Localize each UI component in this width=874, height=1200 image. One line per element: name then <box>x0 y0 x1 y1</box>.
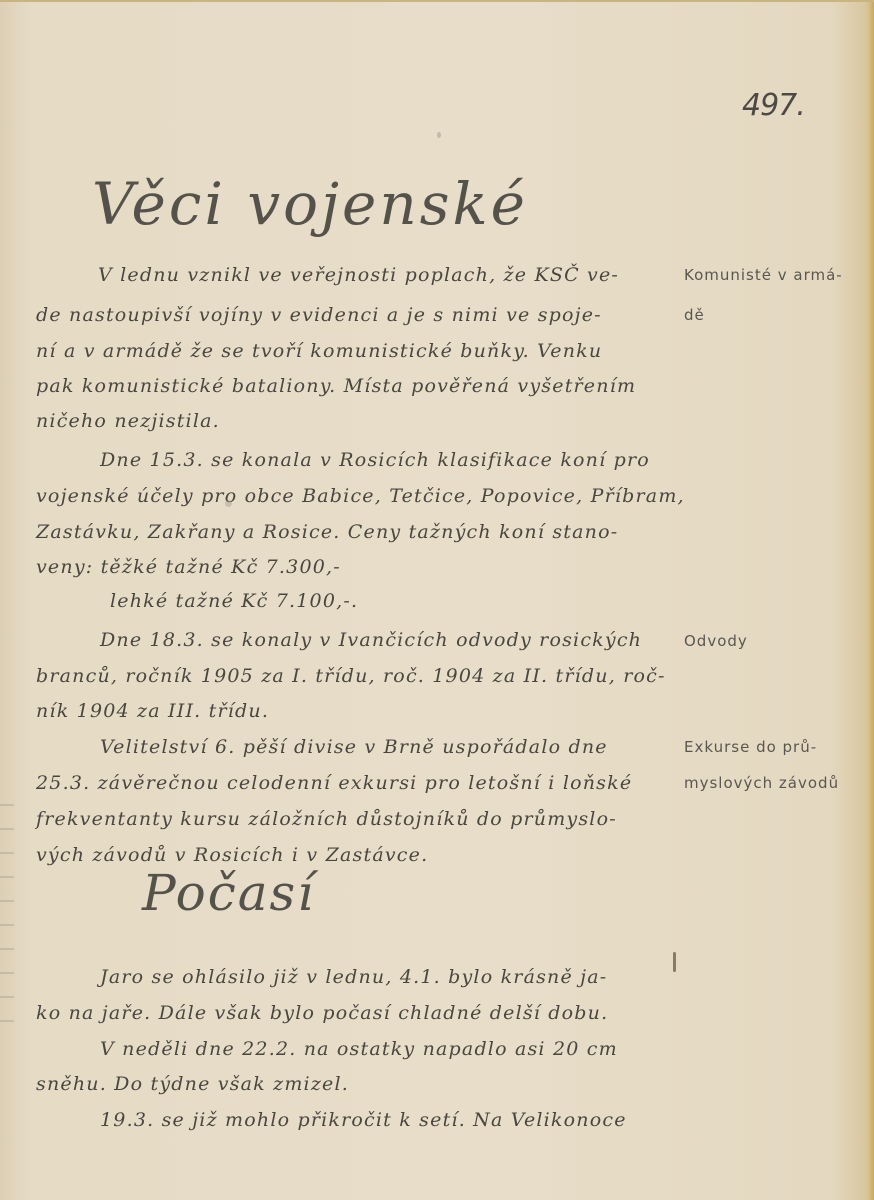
text-line: ník 1904 za III. třídu. <box>36 700 269 722</box>
page-edge <box>868 2 874 1200</box>
page-number: 497. <box>742 88 805 123</box>
paper-blemish <box>673 952 676 972</box>
text-line: pak komunistické bataliony. Místa pověře… <box>36 375 636 397</box>
adjacent-page-bleed <box>0 782 14 1042</box>
margin-note-conscription: Odvody <box>684 632 748 650</box>
text-line: frekventanty kursu záložních důstojníků … <box>36 808 617 830</box>
text-line: ní a v armádě že se tvoří komunistické b… <box>36 340 602 362</box>
chronicle-page: 497. Věci vojenské V lednu vznikl ve veř… <box>0 0 874 1200</box>
section-title-military: Věci vojenské <box>92 170 528 238</box>
text-line: ko na jaře. Dále však bylo počasí chladn… <box>36 1002 608 1024</box>
text-line: Velitelství 6. pěší divise v Brně uspořá… <box>100 736 608 758</box>
text-line: de nastoupivší vojíny v evidenci a je s … <box>36 304 602 326</box>
margin-note-excursion: Exkurse do prů- <box>684 738 817 756</box>
text-line: sněhu. Do týdne však zmizel. <box>36 1073 349 1095</box>
text-line: Jaro se ohlásilo již v lednu, 4.1. bylo … <box>100 966 607 988</box>
margin-note-communists: Komunisté v armá- <box>684 266 843 284</box>
text-line: 25.3. závěrečnou celodenní exkursi pro l… <box>36 772 632 794</box>
text-line: V neděli dne 22.2. na ostatky napadlo as… <box>100 1038 618 1060</box>
text-line: vých závodů v Rosicích i v Zastávce. <box>36 844 428 866</box>
text-line: Dne 18.3. se konaly v Ivančicích odvody … <box>100 629 642 651</box>
margin-note-excursion-cont: myslových závodů <box>684 774 839 792</box>
text-line: branců, ročník 1905 za I. třídu, roč. 19… <box>36 665 666 687</box>
text-line: vojenské účely pro obce Babice, Tetčice,… <box>36 485 685 507</box>
paper-blemish <box>225 500 232 507</box>
text-line: 19.3. se již mohlo přikročit k setí. Na … <box>100 1109 627 1131</box>
text-line: ničeho nezjistila. <box>36 410 220 432</box>
section-title-weather: Počasí <box>142 864 315 922</box>
margin-note-communists-cont: dě <box>684 306 705 324</box>
paper-blemish <box>437 132 441 138</box>
text-line: Zastávku, Zakřany a Rosice. Ceny tažných… <box>36 521 618 543</box>
text-line: V lednu vznikl ve veřejnosti poplach, že… <box>98 264 619 286</box>
text-line: lehké tažné Kč 7.100,-. <box>110 590 358 612</box>
text-line: Dne 15.3. se konala v Rosicích klasifika… <box>100 449 650 471</box>
text-line: veny: těžké tažné Kč 7.300,- <box>36 556 341 578</box>
